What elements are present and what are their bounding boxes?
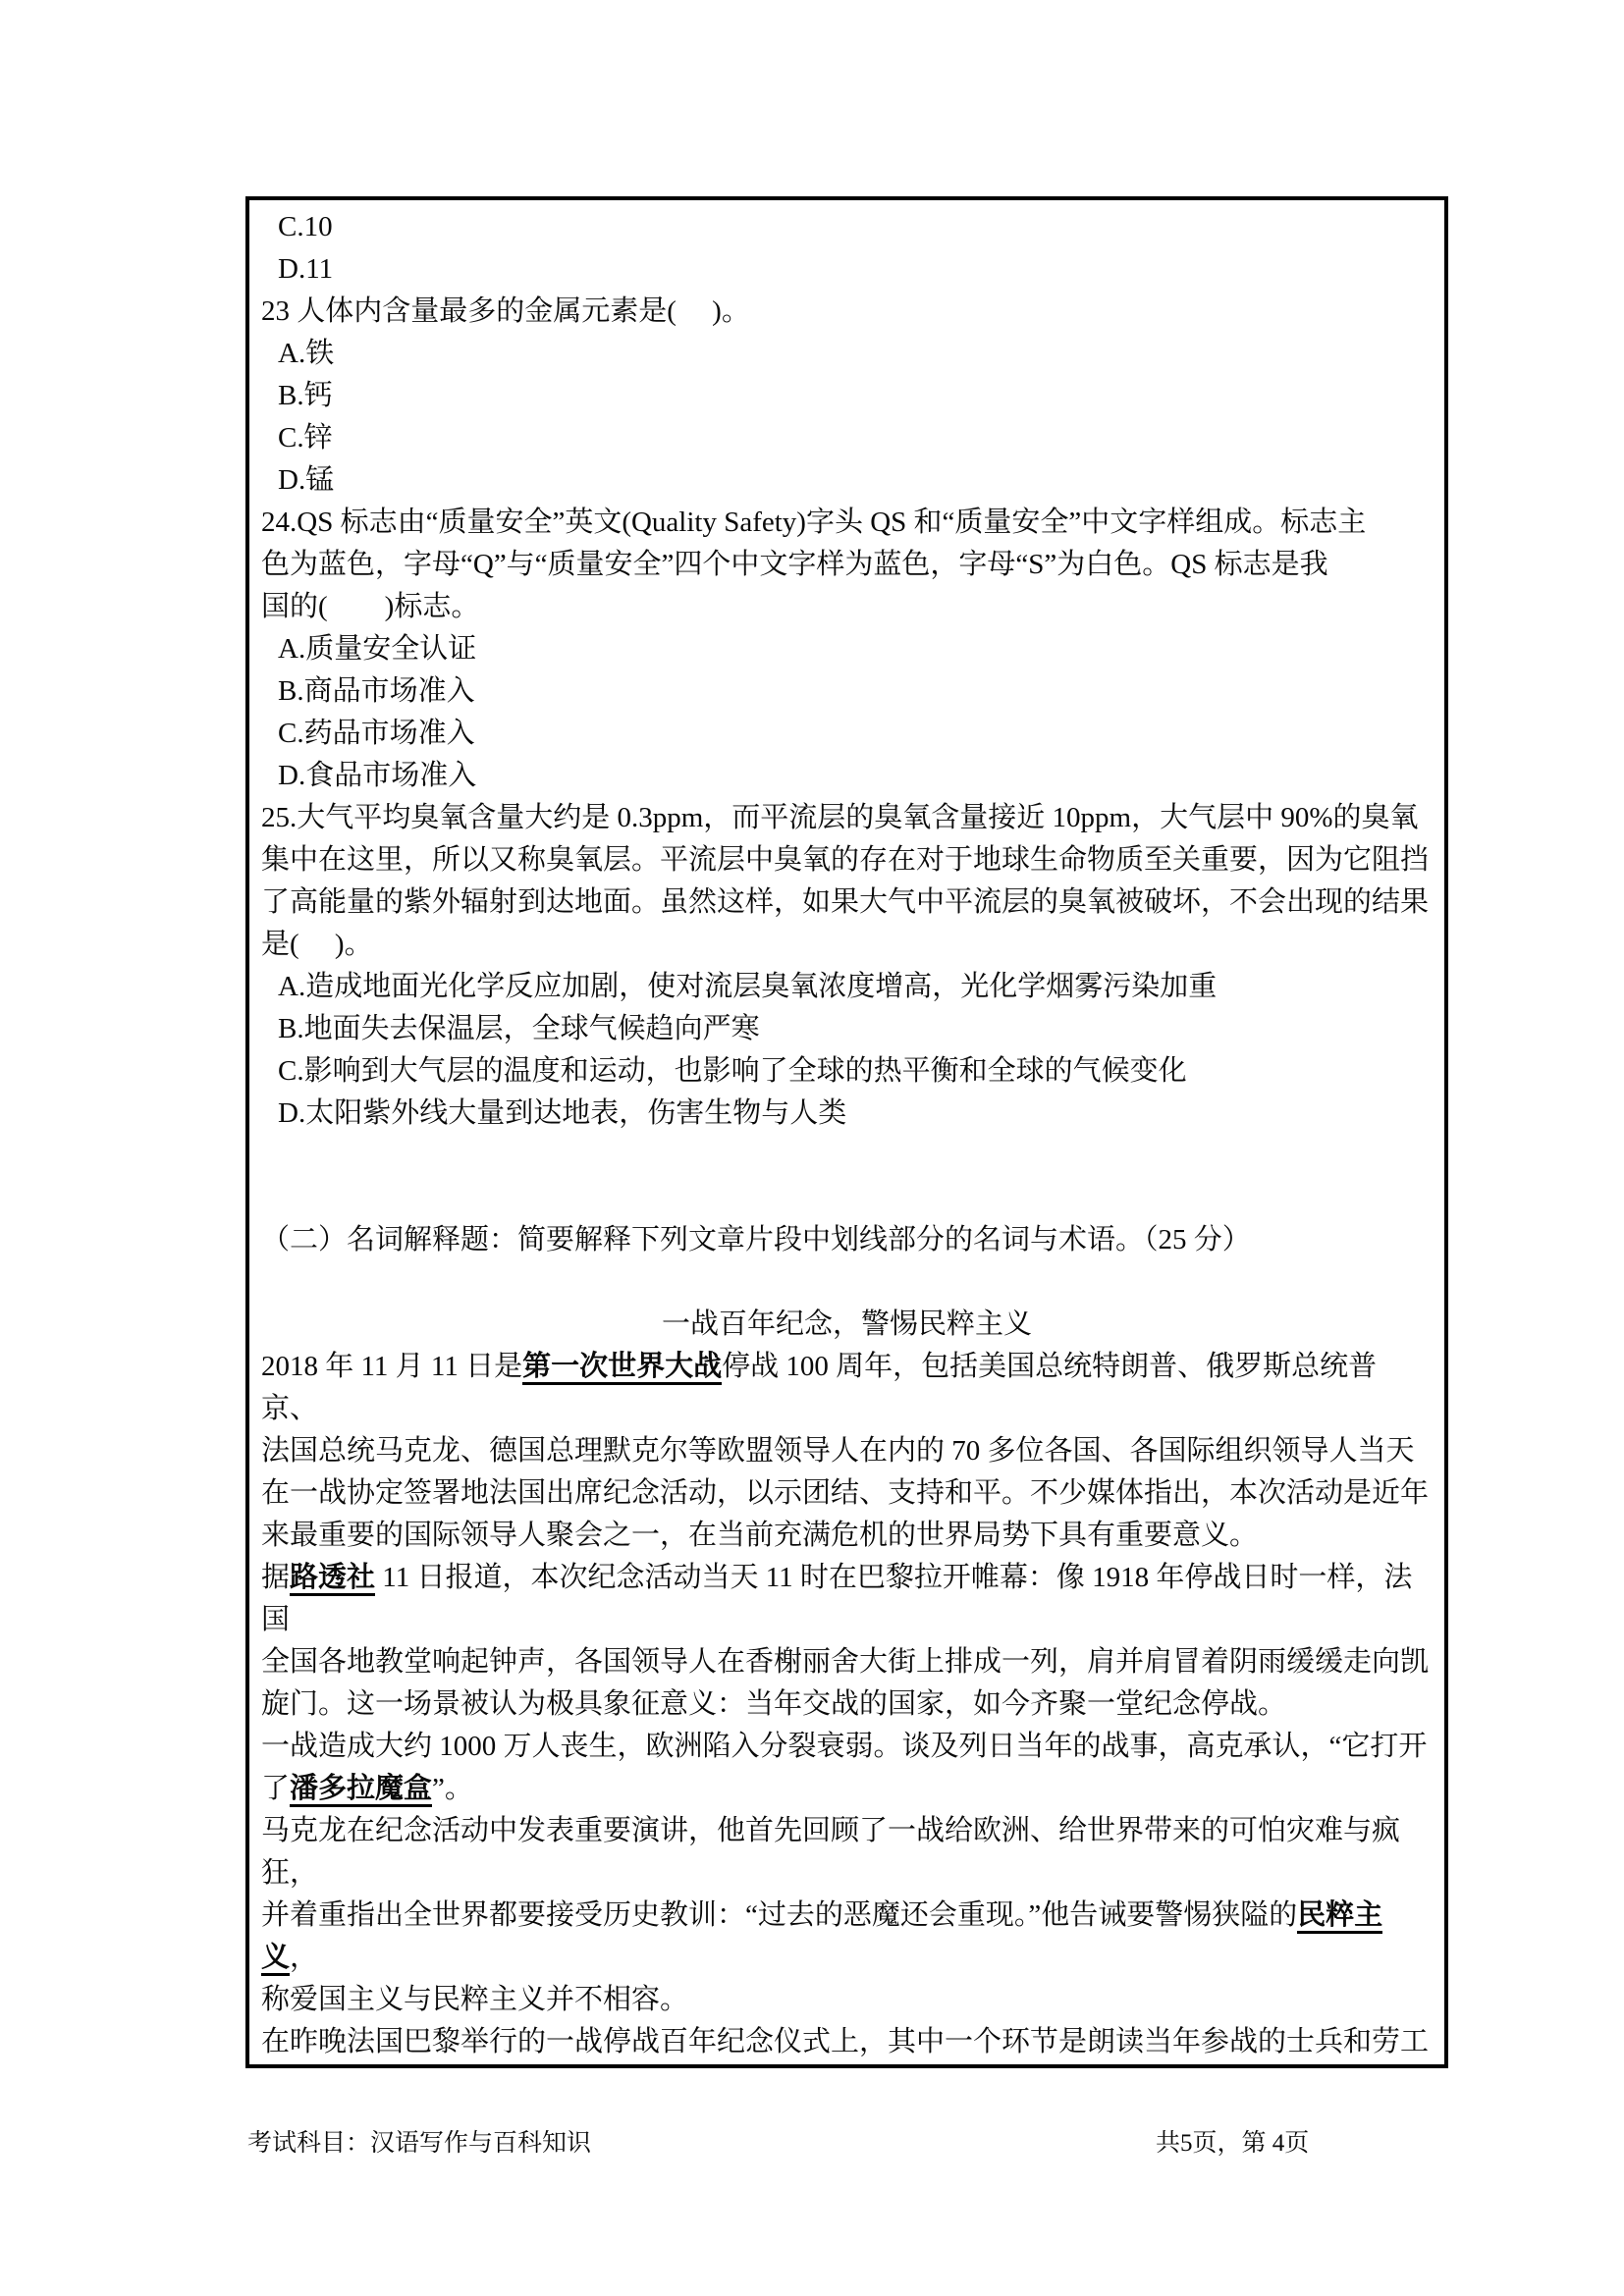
text-segment: C.锌 (278, 422, 333, 454)
text-line: 据路透社 11 日报道，本次纪念活动当天 11 时在巴黎拉开帷幕：像 1918 … (261, 1557, 1433, 1641)
text-line: D.食品市场准入 (261, 755, 1433, 797)
exam-content-box: C.10D.1123 人体内含量最多的金属元素是( )。A.铁B.钙C.锌D.锰… (245, 196, 1448, 2068)
text-line: A.质量安全认证 (261, 628, 1433, 670)
text-segment: 全国各地教堂响起钟声，各国领导人在香榭丽舍大街上排成一列，肩并肩冒着阴雨缓缓走向… (261, 1646, 1429, 1678)
text-segment: 是( )。 (261, 929, 373, 960)
text-line: 了潘多拉魔盒”。 (261, 1768, 1433, 1810)
text-line: 称爱国主义与民粹主义并不相容。 (261, 1979, 1433, 2021)
text-line: D.锰 (261, 459, 1433, 502)
text-segment: 来最重要的国际领导人聚会之一，在当前充满危机的世界局势下具有重要意义。 (261, 1520, 1258, 1551)
underlined-term: 第一次世界大战 (522, 1351, 722, 1385)
text-line: B.地面失去保温层，全球气候趋向严寒 (261, 1008, 1433, 1050)
exam-paper-page: C.10D.1123 人体内含量最多的金属元素是( )。A.铁B.钙C.锌D.锰… (0, 0, 1624, 2296)
text-line: 全国各地教堂响起钟声，各国领导人在香榭丽舍大街上排成一列，肩并肩冒着阴雨缓缓走向… (261, 1641, 1433, 1683)
text-line: C.锌 (261, 417, 1433, 459)
text-line: D.11 (261, 248, 1433, 291)
text-line: A.造成地面光化学反应加剧，使对流层臭氧浓度增高，光化学烟雾污染加重 (261, 966, 1433, 1008)
text-segment: 称爱国主义与民粹主义并不相容。 (261, 1984, 688, 2015)
text-segment: 集中在这里，所以又称臭氧层。平流层中臭氧的存在对于地球生命物质至关重要，因为它阻… (261, 844, 1429, 876)
text-segment: C.10 (278, 211, 333, 242)
text-line: 马克龙在纪念活动中发表重要演讲，他首先回顾了一战给欧洲、给世界带来的可怕灾难与疯… (261, 1810, 1433, 1895)
text-line: 并着重指出全世界都要接受历史教训：“过去的恶魔还会重现。”他告诫要警惕狭隘的民粹… (261, 1895, 1433, 1979)
text-segment: 法国总统马克龙、德国总理默克尔等欧盟领导人在内的 70 多位各国、各国际组织领导… (261, 1435, 1415, 1467)
text-segment: B.地面失去保温层，全球气候趋向严寒 (278, 1013, 760, 1044)
text-segment: A.铁 (278, 338, 334, 369)
text-line: 23 人体内含量最多的金属元素是( )。 (261, 291, 1433, 333)
footer-subject: 考试科目：汉语写作与百科知识 (247, 2128, 591, 2160)
text-line: B.钙 (261, 375, 1433, 417)
text-line: 一战造成大约 1000 万人丧生，欧洲陷入分裂衰弱。谈及列日当年的战事，高克承认… (261, 1726, 1433, 1768)
text-segment: 了高能量的紫外辐射到达地面。虽然这样，如果大气中平流层的臭氧被破坏，不会出现的结… (261, 886, 1429, 918)
text-segment: 25.大气平均臭氧含量大约是 0.3ppm，而平流层的臭氧含量接近 10ppm，… (261, 802, 1419, 833)
underlined-term: 路透社 (290, 1562, 375, 1596)
text-line: （二）名词解释题：简要解释下列文章片段中划线部分的名词与术语。（25 分） (261, 1219, 1433, 1261)
text-line: 国的( )标志。 (261, 586, 1433, 628)
text-segment: B.商品市场准入 (278, 675, 475, 707)
text-line: 25.大气平均臭氧含量大约是 0.3ppm，而平流层的臭氧含量接近 10ppm，… (261, 797, 1433, 839)
text-line: 在一战协定签署地法国出席纪念活动，以示团结、支持和平。不少媒体指出，本次活动是近… (261, 1472, 1433, 1515)
underlined-term: 潘多拉魔盒 (290, 1773, 432, 1807)
text-segment: 国的( )标志。 (261, 591, 479, 622)
text-segment: D.食品市场准入 (278, 760, 476, 791)
text-segment: 一战百年纪念，警惕民粹主义 (662, 1308, 1032, 1340)
text-line: 法国总统马克龙、德国总理默克尔等欧盟领导人在内的 70 多位各国、各国际组织领导… (261, 1430, 1433, 1472)
text-segment: C.药品市场准入 (278, 718, 475, 749)
text-segment: 在一战协定签署地法国出席纪念活动，以示团结、支持和平。不少媒体指出，本次活动是近… (261, 1477, 1429, 1509)
footer-pagination: 共5页，第 4页 (1156, 2128, 1309, 2160)
text-line: 24.QS 标志由“质量安全”英文(Quality Safety)字头 QS 和… (261, 502, 1433, 544)
text-segment: 2018 年 11 月 11 日是 (261, 1351, 522, 1382)
text-segment: ”。 (432, 1773, 473, 1804)
text-line: 在昨晚法国巴黎举行的一战停战百年纪念仪式上，其中一个环节是朗读当年参战的士兵和劳… (261, 2021, 1433, 2063)
text-line: 2018 年 11 月 11 日是第一次世界大战停战 100 周年，包括美国总统… (261, 1346, 1433, 1430)
text-segment: 了 (261, 1773, 290, 1804)
text-segment: A.造成地面光化学反应加剧，使对流层臭氧浓度增高，光化学烟雾污染加重 (278, 971, 1217, 1002)
text-line: 一战百年纪念，警惕民粹主义 (261, 1304, 1433, 1346)
text-segment: 23 人体内含量最多的金属元素是( )。 (261, 295, 750, 327)
text-segment: D.锰 (278, 464, 334, 496)
text-line: 们撰写的信件，而一位华裔女孩操着浓厚法国口音所朗读的一封来自中国劳工的信，则引起… (261, 2063, 1433, 2068)
text-line: 集中在这里，所以又称臭氧层。平流层中臭氧的存在对于地球生命物质至关重要，因为它阻… (261, 839, 1433, 881)
text-segment: C.影响到大气层的温度和运动，也影响了全球的热平衡和全球的气候变化 (278, 1055, 1187, 1087)
text-segment: 旋门。这一场景被认为极具象征意义：当年交战的国家，如今齐聚一堂纪念停战。 (261, 1688, 1286, 1720)
text-segment: 色为蓝色，字母“Q”与“质量安全”四个中文字样为蓝色，字母“S”为白色。QS 标… (261, 549, 1328, 580)
text-segment: 并着重指出全世界都要接受历史教训：“过去的恶魔还会重现。”他告诫要警惕狭隘的 (261, 1899, 1297, 1931)
text-line: C.药品市场准入 (261, 713, 1433, 755)
text-segment: 11 日报道，本次纪念活动当天 11 时在巴黎拉开帷幕：像 1918 年停战日时… (261, 1562, 1412, 1635)
text-segment: 一战造成大约 1000 万人丧生，欧洲陷入分裂衰弱。谈及列日当年的战事，高克承认… (261, 1731, 1427, 1762)
text-segment: D.11 (278, 253, 333, 285)
text-line: A.铁 (261, 333, 1433, 375)
text-line: 来最重要的国际领导人聚会之一，在当前充满危机的世界局势下具有重要意义。 (261, 1515, 1433, 1557)
text-segment: 在昨晚法国巴黎举行的一战停战百年纪念仪式上，其中一个环节是朗读当年参战的士兵和劳… (261, 2026, 1429, 2057)
text-segment: （二）名词解释题：简要解释下列文章片段中划线部分的名词与术语。（25 分） (261, 1224, 1251, 1255)
text-segment: 据 (261, 1562, 290, 1593)
text-line: 是( )。 (261, 924, 1433, 966)
text-segment: ， (290, 1942, 318, 1973)
text-line: C.影响到大气层的温度和运动，也影响了全球的热平衡和全球的气候变化 (261, 1050, 1433, 1093)
text-segment: 马克龙在纪念活动中发表重要演讲，他首先回顾了一战给欧洲、给世界带来的可怕灾难与疯… (261, 1815, 1400, 1889)
text-line: 色为蓝色，字母“Q”与“质量安全”四个中文字样为蓝色，字母“S”为白色。QS 标… (261, 544, 1433, 586)
text-line: D.太阳紫外线大量到达地表，伤害生物与人类 (261, 1093, 1433, 1135)
text-segment: B.钙 (278, 380, 333, 411)
text-line: B.商品市场准入 (261, 670, 1433, 713)
text-line: 旋门。这一场景被认为极具象征意义：当年交战的国家，如今齐聚一堂纪念停战。 (261, 1683, 1433, 1726)
text-segment: A.质量安全认证 (278, 633, 476, 665)
text-line: C.10 (261, 206, 1433, 248)
text-line: 了高能量的紫外辐射到达地面。虽然这样，如果大气中平流层的臭氧被破坏，不会出现的结… (261, 881, 1433, 924)
text-segment: D.太阳紫外线大量到达地表，伤害生物与人类 (278, 1097, 846, 1129)
text-segment: 24.QS 标志由“质量安全”英文(Quality Safety)字头 QS 和… (261, 507, 1366, 538)
